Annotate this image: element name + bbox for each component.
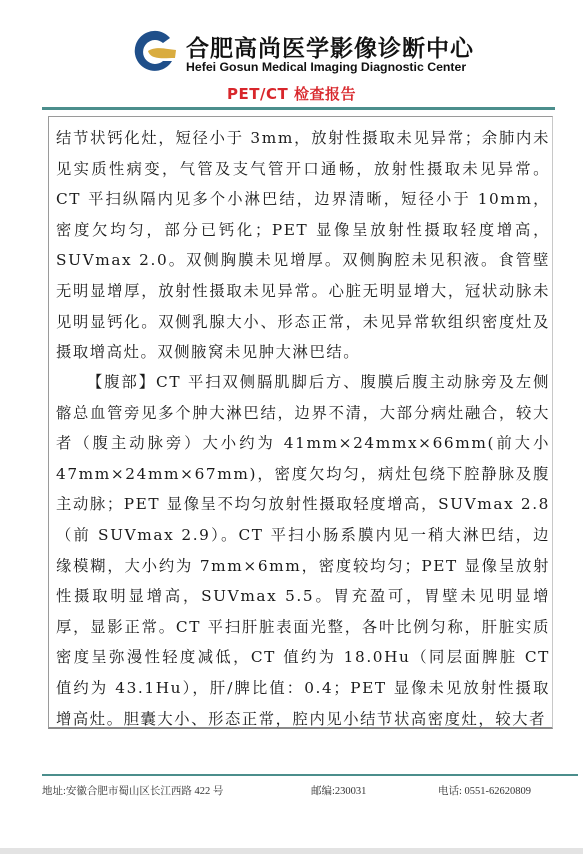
- report-footer: 地址:安徽合肥市蜀山区长江西路 422 号 邮编:230031 电话: 0551…: [0, 783, 583, 799]
- report-header: 合肥高尚医学影像诊断中心 Hefei Gosun Medical Imaging…: [0, 0, 583, 110]
- report-title: PET/CT 检查报告: [0, 83, 583, 104]
- header-divider: [42, 107, 555, 110]
- footer-address: 地址:安徽合肥市蜀山区长江西路 422 号: [42, 783, 223, 798]
- findings-paragraph-abdomen: 【腹部】CT 平扫双侧膈肌脚后方、腹膜后腹主动脉旁及左侧髂总血管旁见多个肿大淋巴…: [56, 367, 550, 734]
- report-findings-box: 结节状钙化灶，短径小于 3mm，放射性摄取未见异常；余肺内未见实质性病变，气管及…: [48, 116, 553, 729]
- footer-divider: [42, 774, 578, 776]
- gosun-logo-icon: [130, 27, 178, 77]
- findings-paragraph-chest: 结节状钙化灶，短径小于 3mm，放射性摄取未见异常；余肺内未见实质性病变，气管及…: [56, 123, 550, 368]
- footer-phone: 电话: 0551-62620809: [438, 783, 531, 798]
- org-name-en: Hefei Gosun Medical Imaging Diagnostic C…: [186, 60, 466, 74]
- footer-postcode: 邮编:230031: [311, 783, 366, 798]
- org-name-cn: 合肥高尚医学影像诊断中心: [186, 30, 474, 63]
- page-bottom-edge: [0, 848, 583, 854]
